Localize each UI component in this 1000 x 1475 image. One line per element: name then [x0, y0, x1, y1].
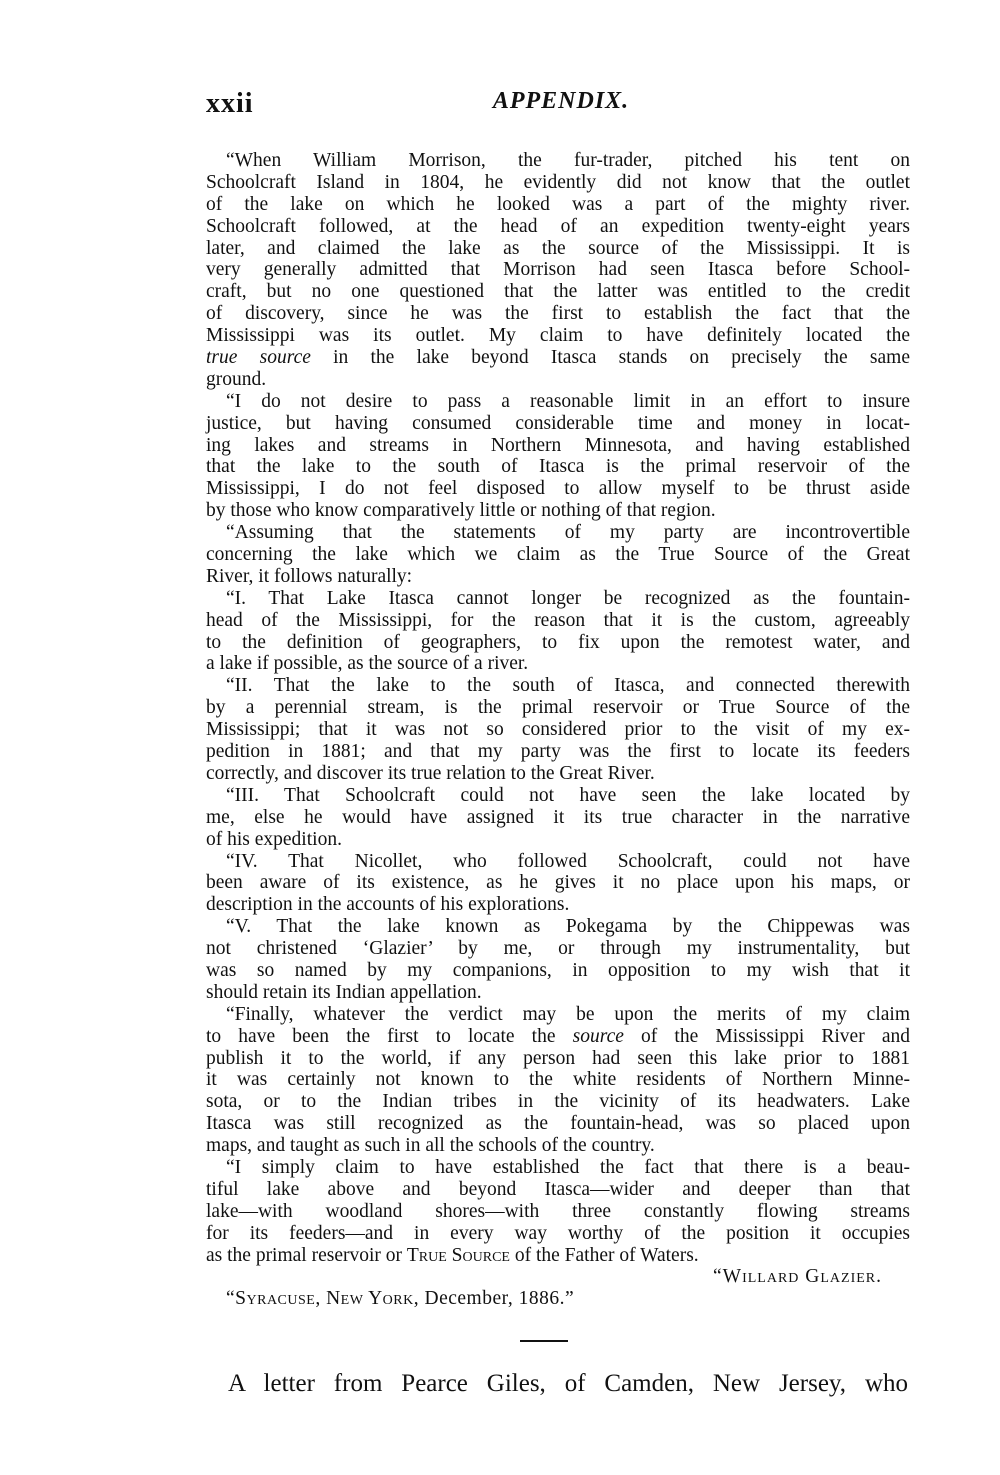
text-line: “V. That the lake known as Pokegama by t…: [206, 916, 910, 938]
italic-word: source: [573, 1026, 624, 1047]
text-line: of discovery, since he was the first to …: [206, 303, 910, 325]
text-line: been aware of its existence, as he gives…: [206, 872, 910, 894]
section-divider-rule: [520, 1340, 568, 1342]
text-line: “I do not desire to pass a reasonable li…: [206, 391, 910, 413]
text-line: to have been the first to locate the sou…: [206, 1026, 910, 1048]
text-line: to the definition of geographers, to fix…: [206, 632, 910, 654]
running-head: xxii APPENDIX.: [206, 88, 916, 128]
text-line: “When William Morrison, the fur-trader, …: [206, 150, 910, 172]
text-line: that the lake to the south of Itasca is …: [206, 456, 910, 478]
text-line: very generally admitted that Morrison ha…: [206, 259, 910, 281]
text-line: not christened ‘Glazier’ by me, or throu…: [206, 938, 910, 960]
dateline-place: Syracuse, New York: [235, 1288, 414, 1309]
book-page: xxii APPENDIX. “When William Morrison, t…: [0, 0, 1000, 1475]
running-head-title: APPENDIX.: [206, 88, 916, 115]
text-line: tiful lake above and beyond Itasca—wider…: [206, 1179, 910, 1201]
text-line: ground.: [206, 369, 910, 391]
text-line: ing lakes and streams in Northern Minnes…: [206, 435, 910, 457]
text-line: a lake if possible, as the source of a r…: [206, 653, 910, 675]
italic-phrase: true source: [206, 347, 311, 368]
text-line: Mississippi; that it was not so consider…: [206, 719, 910, 741]
text-line: true source in the lake beyond Itasca st…: [206, 347, 910, 369]
text-line: “Assuming that the statements of my part…: [206, 522, 910, 544]
text-line: description in the accounts of his explo…: [206, 894, 910, 916]
text-line: “I simply claim to have established the …: [206, 1157, 910, 1179]
text-line: Schoolcraft followed, at the head of an …: [206, 216, 910, 238]
text-line: sota, or to the Indian tribes in the vic…: [206, 1091, 910, 1113]
text-line: as the primal reservoir or True Source o…: [206, 1245, 910, 1267]
text-line: by a perennial stream, is the primal res…: [206, 697, 910, 719]
small-caps-phrase: True Source: [407, 1245, 510, 1266]
text-line: “III. That Schoolcraft could not have se…: [206, 785, 910, 807]
letter-signature: “Willard Glazier.: [206, 1266, 910, 1288]
text-line: for its feeders—and in every way worthy …: [206, 1223, 910, 1245]
text-line: “II. That the lake to the south of Itasc…: [206, 675, 910, 697]
text-line: by those who know comparatively little o…: [206, 500, 910, 522]
text-line: lake—with woodland shores—with three con…: [206, 1201, 910, 1223]
text-line: “Finally, whatever the verdict may be up…: [206, 1004, 910, 1026]
signatory-name: Willard Glazier.: [723, 1266, 882, 1287]
quoted-letter-body: “When William Morrison, the fur-trader, …: [206, 150, 910, 1310]
text-line: craft, but no one questioned that the la…: [206, 281, 910, 303]
text-line: me, else he would have assigned it its t…: [206, 807, 910, 829]
text-line: Mississippi, I do not feel disposed to a…: [206, 478, 910, 500]
text-line: publish it to the world, if any person h…: [206, 1048, 910, 1070]
letter-dateline: “Syracuse, New York, December, 1886.”: [206, 1288, 910, 1310]
text-line: head of the Mississippi, for the reason …: [206, 610, 910, 632]
text-line: later, and claimed the lake as the sourc…: [206, 238, 910, 260]
text-line: was so named by my companions, in opposi…: [206, 960, 910, 982]
text-line: River, it follows naturally:: [206, 566, 910, 588]
text-line: of the lake on which he looked was a par…: [206, 194, 910, 216]
text-line: Mississippi was its outlet. My claim to …: [206, 325, 910, 347]
text-line: Schoolcraft Island in 1804, he evidently…: [206, 172, 910, 194]
text-line: it was certainly not known to the white …: [206, 1069, 910, 1091]
text-line: correctly, and discover its true relatio…: [206, 763, 910, 785]
text-line: should retain its Indian appellation.: [206, 982, 910, 1004]
text-line: “I. That Lake Itasca cannot longer be re…: [206, 588, 910, 610]
text-line: maps, and taught as such in all the scho…: [206, 1135, 910, 1157]
text-line: pedition in 1881; and that my party was …: [206, 741, 910, 763]
text-line: justice, but having consumed considerabl…: [206, 413, 910, 435]
text-line: concerning the lake which we claim as th…: [206, 544, 910, 566]
text-line: of his expedition.: [206, 829, 910, 851]
text-line: Itasca was still recognized as the fount…: [206, 1113, 910, 1135]
next-paragraph-start: A letter from Pearce Giles, of Camden, N…: [228, 1370, 908, 1398]
text-line: “IV. That Nicollet, who followed Schoolc…: [206, 851, 910, 873]
